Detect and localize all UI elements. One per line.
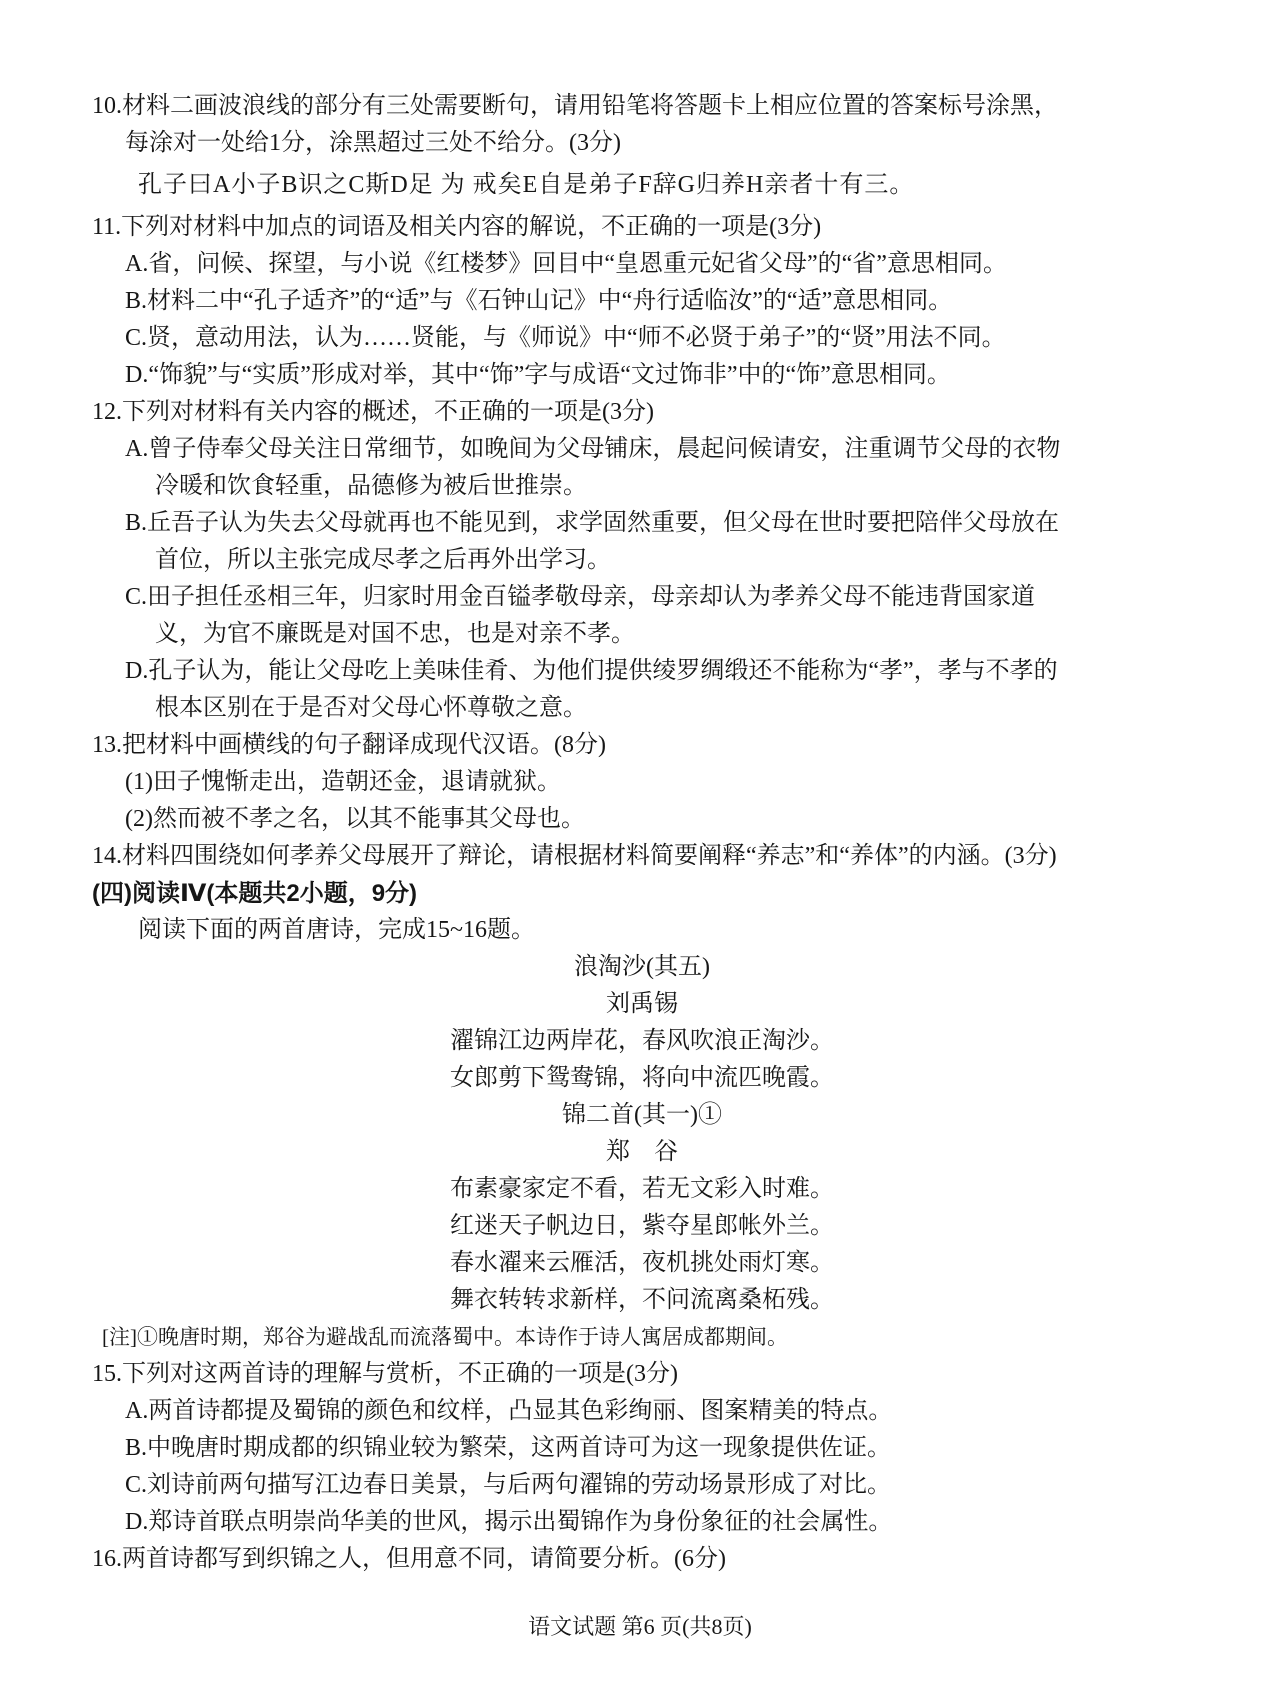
question-12-option-b-line-2: 首位，所以主张完成尽孝之后再外出学习。 [92, 542, 1192, 579]
poem-footnote: [注]①晚唐时期，郑谷为避战乱而流落蜀中。本诗作于诗人寓居成都期间。 [92, 1319, 1192, 1356]
question-14-stem: 14.材料四围绕如何孝养父母展开了辩论，请根据材料简要阐释“养志”和“养体”的内… [92, 838, 1192, 875]
poem-2-verse-3: 春水濯来云雁活，夜机挑处雨灯寒。 [92, 1245, 1192, 1282]
question-15-option-a: A.两首诗都提及蜀锦的颜色和纹样，凸显其色彩绚丽、图案精美的特点。 [92, 1393, 1192, 1430]
question-13-stem: 13.把材料中画横线的句子翻译成现代汉语。(8分) [92, 727, 1192, 764]
exam-page: 10.材料二画波浪线的部分有三处需要断句，请用铅笔将答题卡上相应位置的答案标号涂… [0, 0, 1280, 1704]
question-11-option-c: C.贤，意动用法，认为……贤能，与《师说》中“师不必贤于弟子”的“贤”用法不同。 [92, 320, 1192, 357]
poem-1-author: 刘禹锡 [92, 986, 1192, 1023]
exam-content: 10.材料二画波浪线的部分有三处需要断句，请用铅笔将答题卡上相应位置的答案标号涂… [0, 0, 1280, 1578]
question-11-option-b: B.材料二中“孔子适齐”的“适”与《石钟山记》中“舟行适临汝”的“适”意思相同。 [92, 283, 1192, 320]
poem-2-author: 郑 谷 [92, 1134, 1192, 1171]
section-4-heading: (四)阅读Ⅳ(本题共2小题，9分) [92, 875, 1192, 912]
question-15-option-d: D.郑诗首联点明崇尚华美的世风，揭示出蜀锦作为身份象征的社会属性。 [92, 1504, 1192, 1541]
question-10-stem-line-2: 每涂对一处给1分，涂黑超过三处不给分。(3分) [92, 125, 1192, 162]
question-13-part-1: (1)田子愧惭走出，造朝还金，退请就狱。 [92, 764, 1192, 801]
question-12-option-d-line-1: D.孔子认为，能让父母吃上美味佳肴、为他们提供绫罗绸缎还不能称为“孝”，孝与不孝… [92, 653, 1192, 690]
question-11-option-a: A.省，问候、探望，与小说《红楼梦》回目中“皇恩重元妃省父母”的“省”意思相同。 [92, 246, 1192, 283]
question-10-stem-line-1: 10.材料二画波浪线的部分有三处需要断句，请用铅笔将答题卡上相应位置的答案标号涂… [92, 88, 1192, 125]
question-13-part-2: (2)然而被不孝之名，以其不能事其父母也。 [92, 801, 1192, 838]
question-15-stem: 15.下列对这两首诗的理解与赏析，不正确的一项是(3分) [92, 1356, 1192, 1393]
question-12-stem: 12.下列对材料有关内容的概述，不正确的一项是(3分) [92, 394, 1192, 431]
poem-2-verse-1: 布素豪家定不看，若无文彩入时难。 [92, 1171, 1192, 1208]
poem-1-verse-2: 女郎剪下鸳鸯锦，将向中流匹晚霞。 [92, 1060, 1192, 1097]
page-footer: 语文试题 第6 页(共8页) [0, 1610, 1280, 1641]
question-11-stem: 11.下列对材料中加点的词语及相关内容的解说，不正确的一项是(3分) [92, 209, 1192, 246]
question-11-option-d: D.“饰貌”与“实质”形成对举，其中“饰”字与成语“文过饰非”中的“饰”意思相同… [92, 357, 1192, 394]
question-12-option-a-line-1: A.曾子侍奉父母关注日常细节，如晚间为父母铺床，晨起问候请安，注重调节父母的衣物 [92, 431, 1192, 468]
question-16-stem: 16.两首诗都写到织锦之人，但用意不同，请简要分析。(6分) [92, 1541, 1192, 1578]
question-15-option-c: C.刘诗前两句描写江边春日美景，与后两句濯锦的劳动场景形成了对比。 [92, 1467, 1192, 1504]
poem-2-title: 锦二首(其一)① [92, 1097, 1192, 1134]
poem-1-verse-1: 濯锦江边两岸花，春风吹浪正淘沙。 [92, 1023, 1192, 1060]
poem-2-verse-2: 红迷天子帆边日，紫夺星郎帐外兰。 [92, 1208, 1192, 1245]
question-12-option-b-line-1: B.丘吾子认为失去父母就再也不能见到，求学固然重要，但父母在世时要把陪伴父母放在 [92, 505, 1192, 542]
section-4-intro: 阅读下面的两首唐诗，完成15~16题。 [92, 912, 1192, 949]
question-12-option-a-line-2: 冷暖和饮食轻重，品德修为被后世推崇。 [92, 468, 1192, 505]
poem-2-verse-4: 舞衣转转求新样，不问流离桑柘残。 [92, 1282, 1192, 1319]
question-12-option-c-line-1: C.田子担任丞相三年，归家时用金百镒孝敬母亲，母亲却认为孝养父母不能违背国家道 [92, 579, 1192, 616]
question-10-punctuation-sentence: 孔子曰A小子B识之C斯D足 为 戒矣E自是弟子F辞G归养H亲者十有三。 [92, 167, 1192, 204]
question-15-option-b: B.中晚唐时期成都的织锦业较为繁荣，这两首诗可为这一现象提供佐证。 [92, 1430, 1192, 1467]
poem-1-title: 浪淘沙(其五) [92, 949, 1192, 986]
question-12-option-c-line-2: 义，为官不廉既是对国不忠，也是对亲不孝。 [92, 616, 1192, 653]
question-12-option-d-line-2: 根本区别在于是否对父母心怀尊敬之意。 [92, 690, 1192, 727]
